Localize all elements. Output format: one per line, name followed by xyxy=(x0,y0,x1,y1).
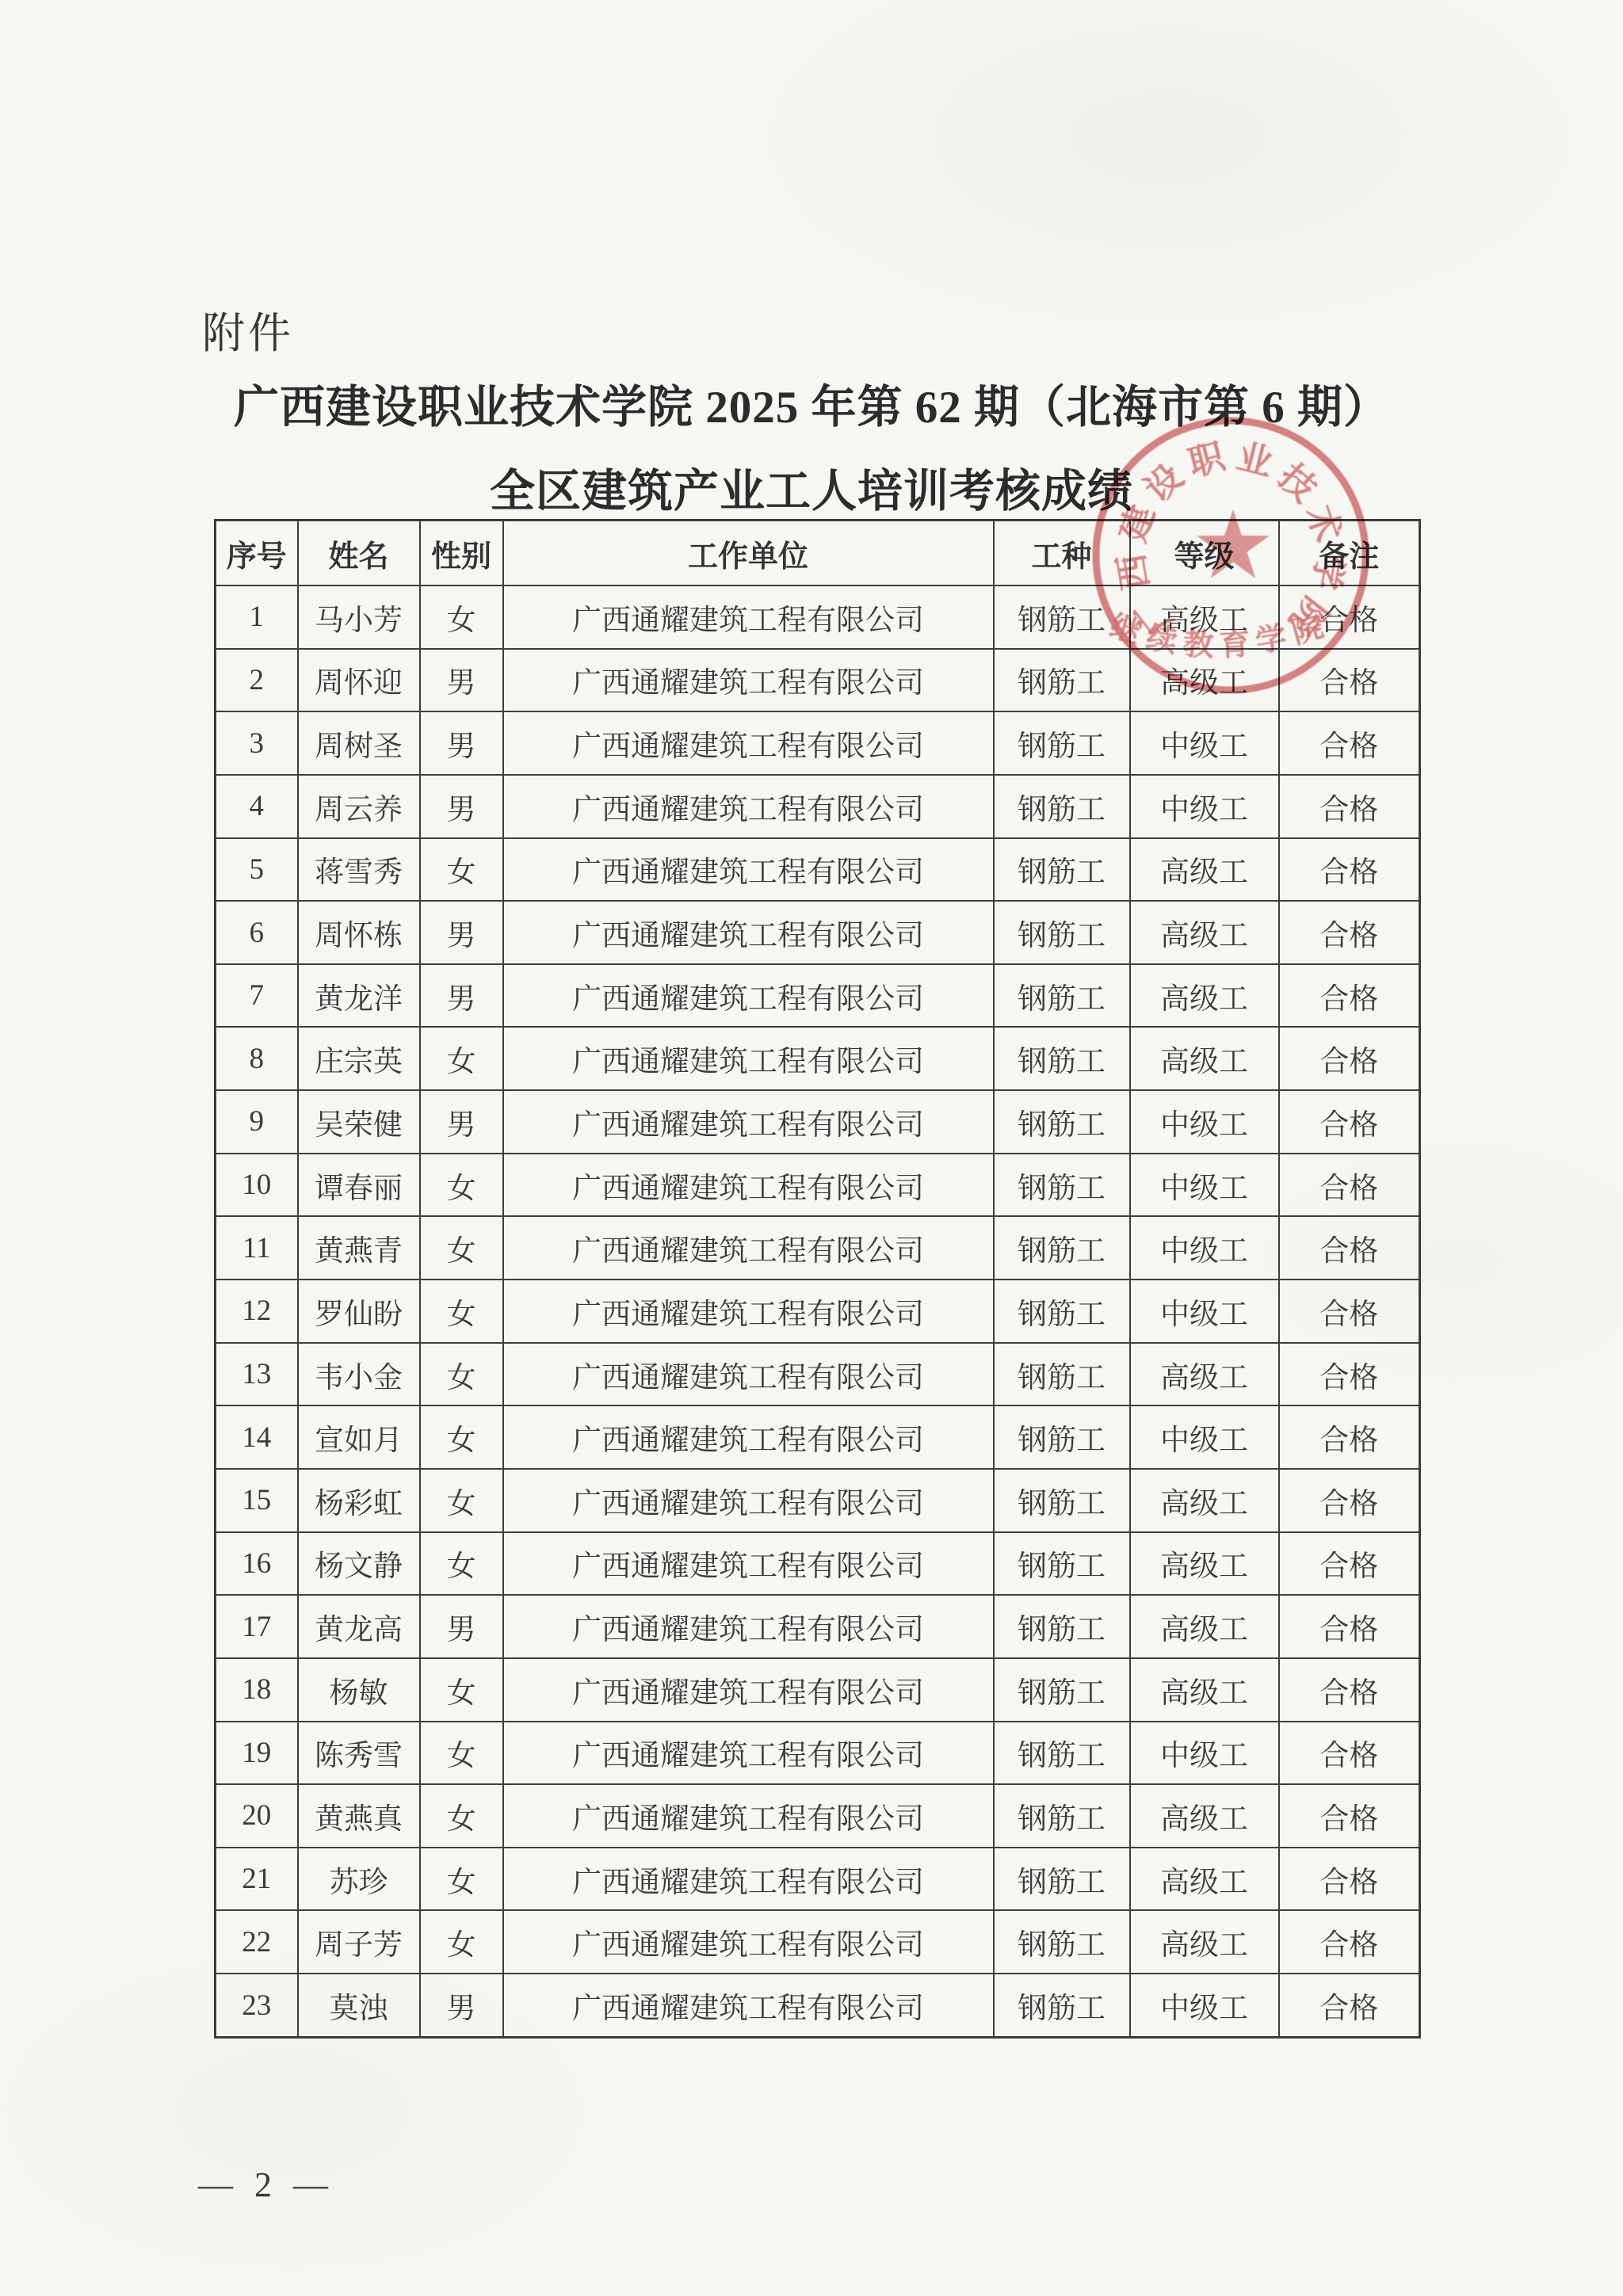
cell-no: 2 xyxy=(216,649,298,712)
table-header-row: 序号 姓名 性别 工作单位 工种 等级 备注 xyxy=(216,521,1420,586)
table-row: 11黄燕青女广西通耀建筑工程有限公司钢筋工中级工合格 xyxy=(216,1216,1420,1280)
table-row: 18杨敏女广西通耀建筑工程有限公司钢筋工高级工合格 xyxy=(216,1658,1420,1722)
cell-no: 23 xyxy=(216,1974,298,2037)
cell-no: 1 xyxy=(216,585,298,649)
cell-gender: 男 xyxy=(420,964,503,1028)
cell-no: 15 xyxy=(216,1469,298,1532)
cell-gender: 女 xyxy=(420,1280,503,1343)
cell-trade: 钢筋工 xyxy=(994,1090,1130,1154)
cell-name: 陈秀雪 xyxy=(298,1722,420,1785)
cell-no: 6 xyxy=(216,901,298,964)
cell-trade: 钢筋工 xyxy=(994,775,1130,838)
cell-remark: 合格 xyxy=(1279,585,1420,649)
table-row: 5蒋雪秀女广西通耀建筑工程有限公司钢筋工高级工合格 xyxy=(216,838,1420,902)
cell-trade: 钢筋工 xyxy=(994,1154,1130,1217)
cell-company: 广西通耀建筑工程有限公司 xyxy=(503,1532,994,1596)
cell-name: 黄龙洋 xyxy=(298,964,420,1028)
cell-company: 广西通耀建筑工程有限公司 xyxy=(503,711,994,775)
table-row: 12罗仙盼女广西通耀建筑工程有限公司钢筋工中级工合格 xyxy=(216,1280,1420,1343)
column-header-no: 序号 xyxy=(216,521,298,586)
cell-trade: 钢筋工 xyxy=(994,1784,1130,1848)
cell-company: 广西通耀建筑工程有限公司 xyxy=(503,1343,994,1406)
cell-name: 周树圣 xyxy=(298,711,420,775)
cell-trade: 钢筋工 xyxy=(994,711,1130,775)
table-row: 15杨彩虹女广西通耀建筑工程有限公司钢筋工高级工合格 xyxy=(216,1469,1420,1532)
cell-name: 蒋雪秀 xyxy=(298,838,420,902)
page-number: — 2 — xyxy=(198,2164,334,2205)
table-row: 21苏珍女广西通耀建筑工程有限公司钢筋工高级工合格 xyxy=(216,1848,1420,1911)
cell-gender: 女 xyxy=(420,1848,503,1911)
table-row: 4周云养男广西通耀建筑工程有限公司钢筋工中级工合格 xyxy=(216,775,1420,838)
cell-trade: 钢筋工 xyxy=(994,1722,1130,1785)
cell-company: 广西通耀建筑工程有限公司 xyxy=(503,1469,994,1532)
cell-gender: 男 xyxy=(420,901,503,964)
table-row: 3周树圣男广西通耀建筑工程有限公司钢筋工中级工合格 xyxy=(216,711,1420,775)
cell-level: 高级工 xyxy=(1130,1532,1279,1596)
cell-name: 莫浊 xyxy=(298,1974,420,2037)
cell-gender: 女 xyxy=(420,1469,503,1532)
cell-level: 高级工 xyxy=(1130,964,1279,1028)
cell-company: 广西通耀建筑工程有限公司 xyxy=(503,1595,994,1658)
cell-gender: 女 xyxy=(420,838,503,902)
cell-company: 广西通耀建筑工程有限公司 xyxy=(503,585,994,649)
table-row: 8庄宗英女广西通耀建筑工程有限公司钢筋工高级工合格 xyxy=(216,1027,1420,1090)
cell-company: 广西通耀建筑工程有限公司 xyxy=(503,838,994,902)
cell-level: 高级工 xyxy=(1130,1343,1279,1406)
document-title-line1: 广西建设职业技术学院 2025 年第 62 期（北海市第 6 期） xyxy=(0,371,1623,436)
cell-level: 高级工 xyxy=(1130,838,1279,902)
cell-name: 庄宗英 xyxy=(298,1027,420,1090)
cell-trade: 钢筋工 xyxy=(994,1848,1130,1911)
table-row: 23莫浊男广西通耀建筑工程有限公司钢筋工中级工合格 xyxy=(216,1974,1420,2037)
cell-remark: 合格 xyxy=(1279,775,1420,838)
cell-trade: 钢筋工 xyxy=(994,1595,1130,1658)
document-page: { "page": { "attachment_label": "附件", "p… xyxy=(0,0,1623,2296)
cell-no: 13 xyxy=(216,1343,298,1406)
cell-level: 中级工 xyxy=(1130,1974,1279,2037)
cell-remark: 合格 xyxy=(1279,901,1420,964)
cell-company: 广西通耀建筑工程有限公司 xyxy=(503,1280,994,1343)
cell-level: 中级工 xyxy=(1130,1090,1279,1154)
cell-level: 高级工 xyxy=(1130,1027,1279,1090)
cell-remark: 合格 xyxy=(1279,1405,1420,1469)
cell-no: 11 xyxy=(216,1216,298,1280)
cell-no: 12 xyxy=(216,1280,298,1343)
column-header-name: 姓名 xyxy=(298,521,420,586)
cell-no: 8 xyxy=(216,1027,298,1090)
cell-company: 广西通耀建筑工程有限公司 xyxy=(503,649,994,712)
cell-gender: 男 xyxy=(420,1974,503,2037)
cell-name: 罗仙盼 xyxy=(298,1280,420,1343)
column-header-level: 等级 xyxy=(1130,521,1279,586)
cell-name: 谭春丽 xyxy=(298,1154,420,1217)
cell-name: 周云养 xyxy=(298,775,420,838)
cell-name: 黄燕青 xyxy=(298,1216,420,1280)
table-row: 1马小芳女广西通耀建筑工程有限公司钢筋工高级工合格 xyxy=(216,585,1420,649)
cell-level: 高级工 xyxy=(1130,1658,1279,1722)
cell-level: 高级工 xyxy=(1130,1595,1279,1658)
table-row: 6周怀栋男广西通耀建筑工程有限公司钢筋工高级工合格 xyxy=(216,901,1420,964)
cell-name: 苏珍 xyxy=(298,1848,420,1911)
cell-trade: 钢筋工 xyxy=(994,1910,1130,1974)
cell-gender: 女 xyxy=(420,1532,503,1596)
cell-level: 中级工 xyxy=(1130,1280,1279,1343)
cell-remark: 合格 xyxy=(1279,711,1420,775)
cell-level: 高级工 xyxy=(1130,1784,1279,1848)
cell-gender: 男 xyxy=(420,711,503,775)
cell-remark: 合格 xyxy=(1279,1910,1420,1974)
cell-trade: 钢筋工 xyxy=(994,1027,1130,1090)
cell-remark: 合格 xyxy=(1279,1722,1420,1785)
cell-trade: 钢筋工 xyxy=(994,1974,1130,2037)
cell-name: 黄燕真 xyxy=(298,1784,420,1848)
cell-trade: 钢筋工 xyxy=(994,964,1130,1028)
cell-no: 9 xyxy=(216,1090,298,1154)
cell-no: 18 xyxy=(216,1658,298,1722)
cell-level: 高级工 xyxy=(1130,1848,1279,1911)
cell-name: 吴荣健 xyxy=(298,1090,420,1154)
cell-gender: 女 xyxy=(420,1784,503,1848)
cell-remark: 合格 xyxy=(1279,1469,1420,1532)
cell-remark: 合格 xyxy=(1279,838,1420,902)
cell-company: 广西通耀建筑工程有限公司 xyxy=(503,901,994,964)
cell-no: 17 xyxy=(216,1595,298,1658)
cell-no: 10 xyxy=(216,1154,298,1217)
cell-trade: 钢筋工 xyxy=(994,1405,1130,1469)
cell-name: 杨敏 xyxy=(298,1658,420,1722)
cell-trade: 钢筋工 xyxy=(994,838,1130,902)
table-row: 13韦小金女广西通耀建筑工程有限公司钢筋工高级工合格 xyxy=(216,1343,1420,1406)
cell-remark: 合格 xyxy=(1279,1216,1420,1280)
cell-name: 杨文静 xyxy=(298,1532,420,1596)
cell-no: 5 xyxy=(216,838,298,902)
cell-no: 4 xyxy=(216,775,298,838)
cell-level: 高级工 xyxy=(1130,901,1279,964)
cell-trade: 钢筋工 xyxy=(994,649,1130,712)
table-row: 22周子芳女广西通耀建筑工程有限公司钢筋工高级工合格 xyxy=(216,1910,1420,1974)
cell-remark: 合格 xyxy=(1279,1280,1420,1343)
cell-company: 广西通耀建筑工程有限公司 xyxy=(503,1405,994,1469)
table-row: 9吴荣健男广西通耀建筑工程有限公司钢筋工中级工合格 xyxy=(216,1090,1420,1154)
cell-company: 广西通耀建筑工程有限公司 xyxy=(503,1027,994,1090)
cell-name: 韦小金 xyxy=(298,1343,420,1406)
table-row: 14宣如月女广西通耀建筑工程有限公司钢筋工中级工合格 xyxy=(216,1405,1420,1469)
table-row: 17黄龙高男广西通耀建筑工程有限公司钢筋工高级工合格 xyxy=(216,1595,1420,1658)
cell-gender: 男 xyxy=(420,649,503,712)
cell-remark: 合格 xyxy=(1279,964,1420,1028)
cell-company: 广西通耀建筑工程有限公司 xyxy=(503,964,994,1028)
cell-company: 广西通耀建筑工程有限公司 xyxy=(503,775,994,838)
document-title-line2: 全区建筑产业工人培训考核成绩 xyxy=(0,455,1623,520)
cell-level: 高级工 xyxy=(1130,585,1279,649)
table-row: 2周怀迎男广西通耀建筑工程有限公司钢筋工高级工合格 xyxy=(216,649,1420,712)
column-header-gender: 性别 xyxy=(420,521,503,586)
cell-remark: 合格 xyxy=(1279,1532,1420,1596)
cell-level: 中级工 xyxy=(1130,1216,1279,1280)
cell-level: 中级工 xyxy=(1130,1405,1279,1469)
cell-company: 广西通耀建筑工程有限公司 xyxy=(503,1658,994,1722)
cell-no: 7 xyxy=(216,964,298,1028)
cell-level: 中级工 xyxy=(1130,775,1279,838)
cell-trade: 钢筋工 xyxy=(994,1280,1130,1343)
cell-level: 高级工 xyxy=(1130,1910,1279,1974)
cell-no: 21 xyxy=(216,1848,298,1911)
cell-trade: 钢筋工 xyxy=(994,1469,1130,1532)
cell-company: 广西通耀建筑工程有限公司 xyxy=(503,1848,994,1911)
cell-company: 广西通耀建筑工程有限公司 xyxy=(503,1784,994,1848)
cell-no: 19 xyxy=(216,1722,298,1785)
cell-remark: 合格 xyxy=(1279,649,1420,712)
cell-trade: 钢筋工 xyxy=(994,585,1130,649)
cell-level: 中级工 xyxy=(1130,1154,1279,1217)
cell-gender: 男 xyxy=(420,775,503,838)
cell-trade: 钢筋工 xyxy=(994,1343,1130,1406)
column-header-company: 工作单位 xyxy=(503,521,994,586)
cell-remark: 合格 xyxy=(1279,1974,1420,2037)
cell-gender: 女 xyxy=(420,1722,503,1785)
attachment-label: 附件 xyxy=(202,299,294,360)
cell-level: 高级工 xyxy=(1130,649,1279,712)
cell-level: 中级工 xyxy=(1130,711,1279,775)
cell-trade: 钢筋工 xyxy=(994,1658,1130,1722)
cell-remark: 合格 xyxy=(1279,1343,1420,1406)
cell-level: 中级工 xyxy=(1130,1722,1279,1785)
cell-gender: 女 xyxy=(420,585,503,649)
cell-gender: 女 xyxy=(420,1405,503,1469)
cell-remark: 合格 xyxy=(1279,1027,1420,1090)
column-header-trade: 工种 xyxy=(994,521,1130,586)
cell-name: 周子芳 xyxy=(298,1910,420,1974)
table-row: 10谭春丽女广西通耀建筑工程有限公司钢筋工中级工合格 xyxy=(216,1154,1420,1217)
cell-remark: 合格 xyxy=(1279,1154,1420,1217)
results-table: 序号 姓名 性别 工作单位 工种 等级 备注 1马小芳女广西通耀建筑工程有限公司… xyxy=(214,519,1421,2039)
table-row: 16杨文静女广西通耀建筑工程有限公司钢筋工高级工合格 xyxy=(216,1532,1420,1596)
cell-gender: 女 xyxy=(420,1343,503,1406)
cell-trade: 钢筋工 xyxy=(994,1532,1130,1596)
cell-gender: 女 xyxy=(420,1027,503,1090)
cell-gender: 女 xyxy=(420,1154,503,1217)
cell-no: 16 xyxy=(216,1532,298,1596)
cell-no: 20 xyxy=(216,1784,298,1848)
table-row: 20黄燕真女广西通耀建筑工程有限公司钢筋工高级工合格 xyxy=(216,1784,1420,1848)
cell-gender: 女 xyxy=(420,1658,503,1722)
cell-trade: 钢筋工 xyxy=(994,901,1130,964)
cell-name: 杨彩虹 xyxy=(298,1469,420,1532)
cell-trade: 钢筋工 xyxy=(994,1216,1130,1280)
cell-name: 周怀栋 xyxy=(298,901,420,964)
cell-remark: 合格 xyxy=(1279,1784,1420,1848)
table-row: 19陈秀雪女广西通耀建筑工程有限公司钢筋工中级工合格 xyxy=(216,1722,1420,1785)
column-header-remark: 备注 xyxy=(1279,521,1420,586)
cell-company: 广西通耀建筑工程有限公司 xyxy=(503,1216,994,1280)
cell-gender: 男 xyxy=(420,1595,503,1658)
cell-name: 宣如月 xyxy=(298,1405,420,1469)
cell-no: 3 xyxy=(216,711,298,775)
cell-name: 黄龙高 xyxy=(298,1595,420,1658)
cell-company: 广西通耀建筑工程有限公司 xyxy=(503,1154,994,1217)
cell-name: 马小芳 xyxy=(298,585,420,649)
cell-company: 广西通耀建筑工程有限公司 xyxy=(503,1910,994,1974)
cell-name: 周怀迎 xyxy=(298,649,420,712)
cell-no: 22 xyxy=(216,1910,298,1974)
cell-remark: 合格 xyxy=(1279,1658,1420,1722)
cell-remark: 合格 xyxy=(1279,1848,1420,1911)
cell-company: 广西通耀建筑工程有限公司 xyxy=(503,1090,994,1154)
cell-remark: 合格 xyxy=(1279,1595,1420,1658)
cell-level: 高级工 xyxy=(1130,1469,1279,1532)
cell-no: 14 xyxy=(216,1405,298,1469)
table-row: 7黄龙洋男广西通耀建筑工程有限公司钢筋工高级工合格 xyxy=(216,964,1420,1028)
cell-gender: 女 xyxy=(420,1216,503,1280)
cell-company: 广西通耀建筑工程有限公司 xyxy=(503,1974,994,2037)
cell-gender: 女 xyxy=(420,1910,503,1974)
cell-company: 广西通耀建筑工程有限公司 xyxy=(503,1722,994,1785)
cell-gender: 男 xyxy=(420,1090,503,1154)
cell-remark: 合格 xyxy=(1279,1090,1420,1154)
